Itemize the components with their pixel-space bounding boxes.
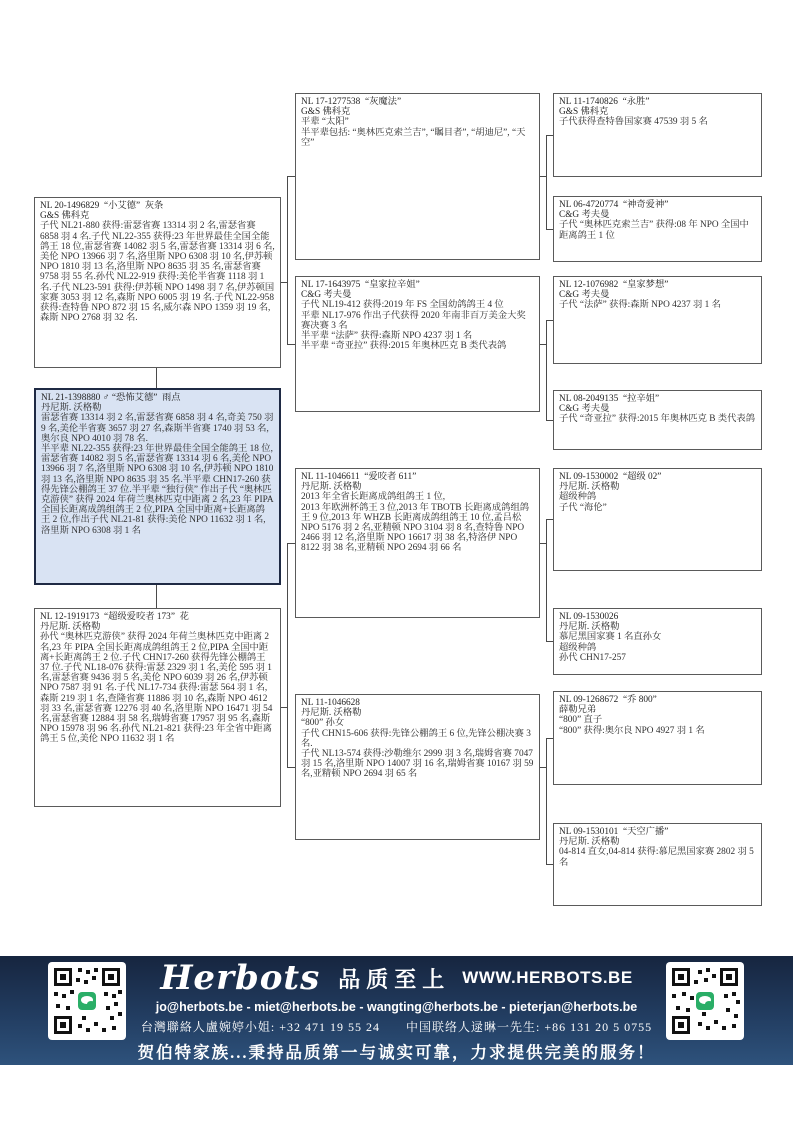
email-addresses: jo@herbots.be - miet@herbots.be - wangti… — [130, 1000, 663, 1014]
footer-banner: Herbots 品质至上 WWW.HERBOTS.BE jo@herbots.b… — [0, 956, 793, 1065]
connector-line — [546, 738, 547, 864]
connector-line — [156, 368, 157, 388]
performance-text: 雷瑟省赛 13314 羽 2 名,雷瑟省赛 6858 羽 4 名,奇美 750 … — [41, 413, 274, 535]
pedigree-box-grandsire-2: NL 11-1046611 “爱咬者 611” 丹尼斯. 沃格勒 2013 年全… — [295, 468, 540, 618]
slogan-text: 品质至上 — [338, 967, 450, 992]
ring-title: NL 11-1046628 — [301, 698, 534, 708]
tagline-text: 贺伯特家族...秉持品质第一与诚实可靠，力求提供完美的服务！ — [130, 1039, 663, 1063]
connector-line — [287, 176, 295, 177]
pedigree-page: NL 20-1496829 “小艾德” 灰条 G&S 佛科克 子代 NL21-8… — [0, 0, 793, 1122]
connector-line — [546, 135, 553, 136]
connector-line — [546, 641, 553, 642]
pedigree-box-greatgrand-5: NL 09-1530002 “超级 02” 丹尼斯. 沃格勒 超级种鸽 子代 “… — [553, 468, 762, 571]
performance-text: 子代获得查特鲁国家赛 47539 羽 5 名 — [559, 117, 756, 127]
performance-text: “800” 直子 “800” 获得:奥尔良 NPO 4927 羽 1 名 — [559, 715, 756, 735]
performance-text: 孙代 “奥林匹克游侠” 获得 2024 年荷兰奥林匹克中距离 2 名,23 年 … — [40, 632, 275, 744]
pedigree-box-granddam-2: NL 11-1046628 丹尼斯. 沃格勒 “800” 孙女 子代 CHN15… — [295, 694, 540, 840]
pedigree-box-sire: NL 20-1496829 “小艾德” 灰条 G&S 佛科克 子代 NL21-8… — [34, 197, 281, 368]
china-contact: 中国联络人逯晽一先生: +86 131 20 5 0755 — [406, 1020, 652, 1034]
wechat-qr-code-left — [48, 962, 126, 1040]
fancier-name: 薛勒兄弟 — [559, 705, 756, 715]
pedigree-box-greatgrand-8: NL 09-1530101 “天空广播” 丹尼斯. 沃格勒 04-814 直女,… — [553, 823, 762, 906]
fancier-name: G&S 佛科克 — [40, 211, 275, 221]
fancier-name: 丹尼斯. 沃格勒 — [41, 403, 274, 413]
ring-title: NL 09-1530101 “天空广播” — [559, 827, 756, 837]
ring-title: NL 09-1530002 “超级 02” — [559, 472, 756, 482]
fancier-name: 丹尼斯. 沃格勒 — [40, 622, 275, 632]
ring-title: NL 20-1496829 “小艾德” 灰条 — [40, 201, 275, 211]
fancier-name: 丹尼斯. 沃格勒 — [559, 482, 756, 492]
connector-line — [287, 767, 295, 768]
fancier-name: G&S 佛科克 — [301, 107, 534, 117]
pedigree-box-granddam-1: NL 17-1643975 “皇家拉辛姐” C&G 考夫曼 子代 NL19-41… — [295, 276, 540, 412]
wechat-icon — [76, 990, 98, 1012]
pedigree-box-greatgrand-4: NL 08-2049135 “拉辛姐” C&G 考夫曼 子代 “奇亚拉” 获得:… — [553, 390, 762, 450]
website-url: WWW.HERBOTS.BE — [462, 968, 632, 987]
connector-line — [546, 320, 553, 321]
fancier-name: 丹尼斯. 沃格勒 — [301, 482, 534, 492]
ring-title: NL 09-1530026 — [559, 612, 756, 622]
connector-line — [287, 543, 295, 544]
fancier-name: 丹尼斯. 沃格勒 — [559, 837, 756, 847]
performance-text: 04-814 直女,04-814 获得:慕尼黑国家赛 2802 羽 5 名 — [559, 847, 756, 867]
connector-line — [546, 229, 553, 230]
pedigree-box-greatgrand-7: NL 09-1268672 “乔 800” 薛勒兄弟 “800” 直子 “800… — [553, 691, 762, 785]
ring-title: NL 11-1046611 “爱咬者 611” — [301, 472, 534, 482]
performance-text: 子代 “奥林匹克索兰吉” 获得:08 年 NPO 全国中距离鸽王 1 位 — [559, 220, 756, 240]
ring-title: NL 17-1277538 “灰魔法” — [301, 97, 534, 107]
brand-line: Herbots 品质至上 WWW.HERBOTS.BE — [130, 958, 663, 998]
ring-title: NL 12-1919173 “超级爱咬者 173” 花 — [40, 612, 275, 622]
connector-line — [546, 320, 547, 420]
taiwan-contact: 台灣聯絡人盧婉婷小姐: +32 471 19 55 24 — [141, 1020, 380, 1034]
performance-text: 子代 “奇亚拉” 获得:2015 年奥林匹克 B 类代表鸽 — [559, 414, 756, 424]
connector-line — [287, 344, 295, 345]
pedigree-box-greatgrand-1: NL 11-1740826 “永胜” G&S 佛科克 子代获得查特鲁国家赛 47… — [553, 93, 762, 177]
ring-title: NL 12-1076982 “皇家梦想” — [559, 280, 756, 290]
ring-title: NL 17-1643975 “皇家拉辛姐” — [301, 280, 534, 290]
performance-text: 子代 “法萨” 获得:森斯 NPO 4237 羽 1 名 — [559, 300, 756, 310]
wechat-qr-code-right — [666, 962, 744, 1040]
fancier-name: C&G 考夫曼 — [301, 290, 534, 300]
pedigree-box-greatgrand-2: NL 06-4720774 “神奇爱神” C&G 考夫曼 子代 “奥林匹克索兰吉… — [553, 196, 762, 262]
performance-text: 2013 年全省长距离成鸽组鸽王 1 位, 2013 年欧洲杯鸽王 3 位,20… — [301, 492, 534, 553]
fancier-name: C&G 考夫曼 — [559, 404, 756, 414]
fancier-name: C&G 考夫曼 — [559, 290, 756, 300]
connector-line — [546, 420, 553, 421]
contact-line: 台灣聯絡人盧婉婷小姐: +32 471 19 55 24中国联络人逯晽一先生: … — [130, 1018, 663, 1035]
performance-text: 平辈 “太阳” 半平辈包括: “奥林匹克索兰吉”, “瞩目者”, “胡迪尼”, … — [301, 117, 534, 148]
performance-text: “800” 孙女 子代 CHN15-606 获得:先锋公棚鸽王 6 位,先锋公棚… — [301, 718, 534, 779]
performance-text: 超级种鸽 子代 “海伦” — [559, 492, 756, 512]
connector-line — [287, 543, 288, 767]
fancier-name: 丹尼斯. 沃格勒 — [301, 708, 534, 718]
connector-line — [156, 585, 157, 608]
footer-center-block: Herbots 品质至上 WWW.HERBOTS.BE jo@herbots.b… — [130, 956, 663, 1063]
connector-line — [546, 519, 547, 641]
ring-title: NL 09-1268672 “乔 800” — [559, 695, 756, 705]
pedigree-box-dam: NL 12-1919173 “超级爱咬者 173” 花 丹尼斯. 沃格勒 孙代 … — [34, 608, 281, 807]
ring-title: NL 08-2049135 “拉辛姐” — [559, 394, 756, 404]
fancier-name: C&G 考夫曼 — [559, 210, 756, 220]
performance-text: 慕尼黑国家赛 1 名直孙女 超级种鸽 孙代 CHN17-257 — [559, 632, 756, 663]
fancier-name: 丹尼斯. 沃格勒 — [559, 622, 756, 632]
ring-title: NL 21-1398880 ♂ “恐怖艾德” 雨点 — [41, 393, 274, 403]
performance-text: 子代 NL21-880 获得:雷瑟省赛 13314 羽 2 名,雷瑟省赛 685… — [40, 221, 275, 323]
pedigree-box-greatgrand-3: NL 12-1076982 “皇家梦想” C&G 考夫曼 子代 “法萨” 获得:… — [553, 276, 762, 364]
ring-title: NL 11-1740826 “永胜” — [559, 97, 756, 107]
pedigree-box-grandsire-1: NL 17-1277538 “灰魔法” G&S 佛科克 平辈 “太阳” 半平辈包… — [295, 93, 540, 260]
connector-line — [546, 864, 553, 865]
connector-line — [546, 135, 547, 229]
pedigree-box-subject-highlighted: NL 21-1398880 ♂ “恐怖艾德” 雨点 丹尼斯. 沃格勒 雷瑟省赛 … — [34, 388, 281, 585]
connector-line — [546, 738, 553, 739]
performance-text: 子代 NL19-412 获得:2019 年 FS 全国幼鸽鸽王 4 位 平辈 N… — [301, 300, 534, 351]
connector-line — [287, 176, 288, 344]
herbots-logo: Herbots — [160, 958, 320, 998]
wechat-icon — [694, 990, 716, 1012]
ring-title: NL 06-4720774 “神奇爱神” — [559, 200, 756, 210]
pedigree-box-greatgrand-6: NL 09-1530026 丹尼斯. 沃格勒 慕尼黑国家赛 1 名直孙女 超级种… — [553, 608, 762, 675]
connector-line — [546, 519, 553, 520]
fancier-name: G&S 佛科克 — [559, 107, 756, 117]
